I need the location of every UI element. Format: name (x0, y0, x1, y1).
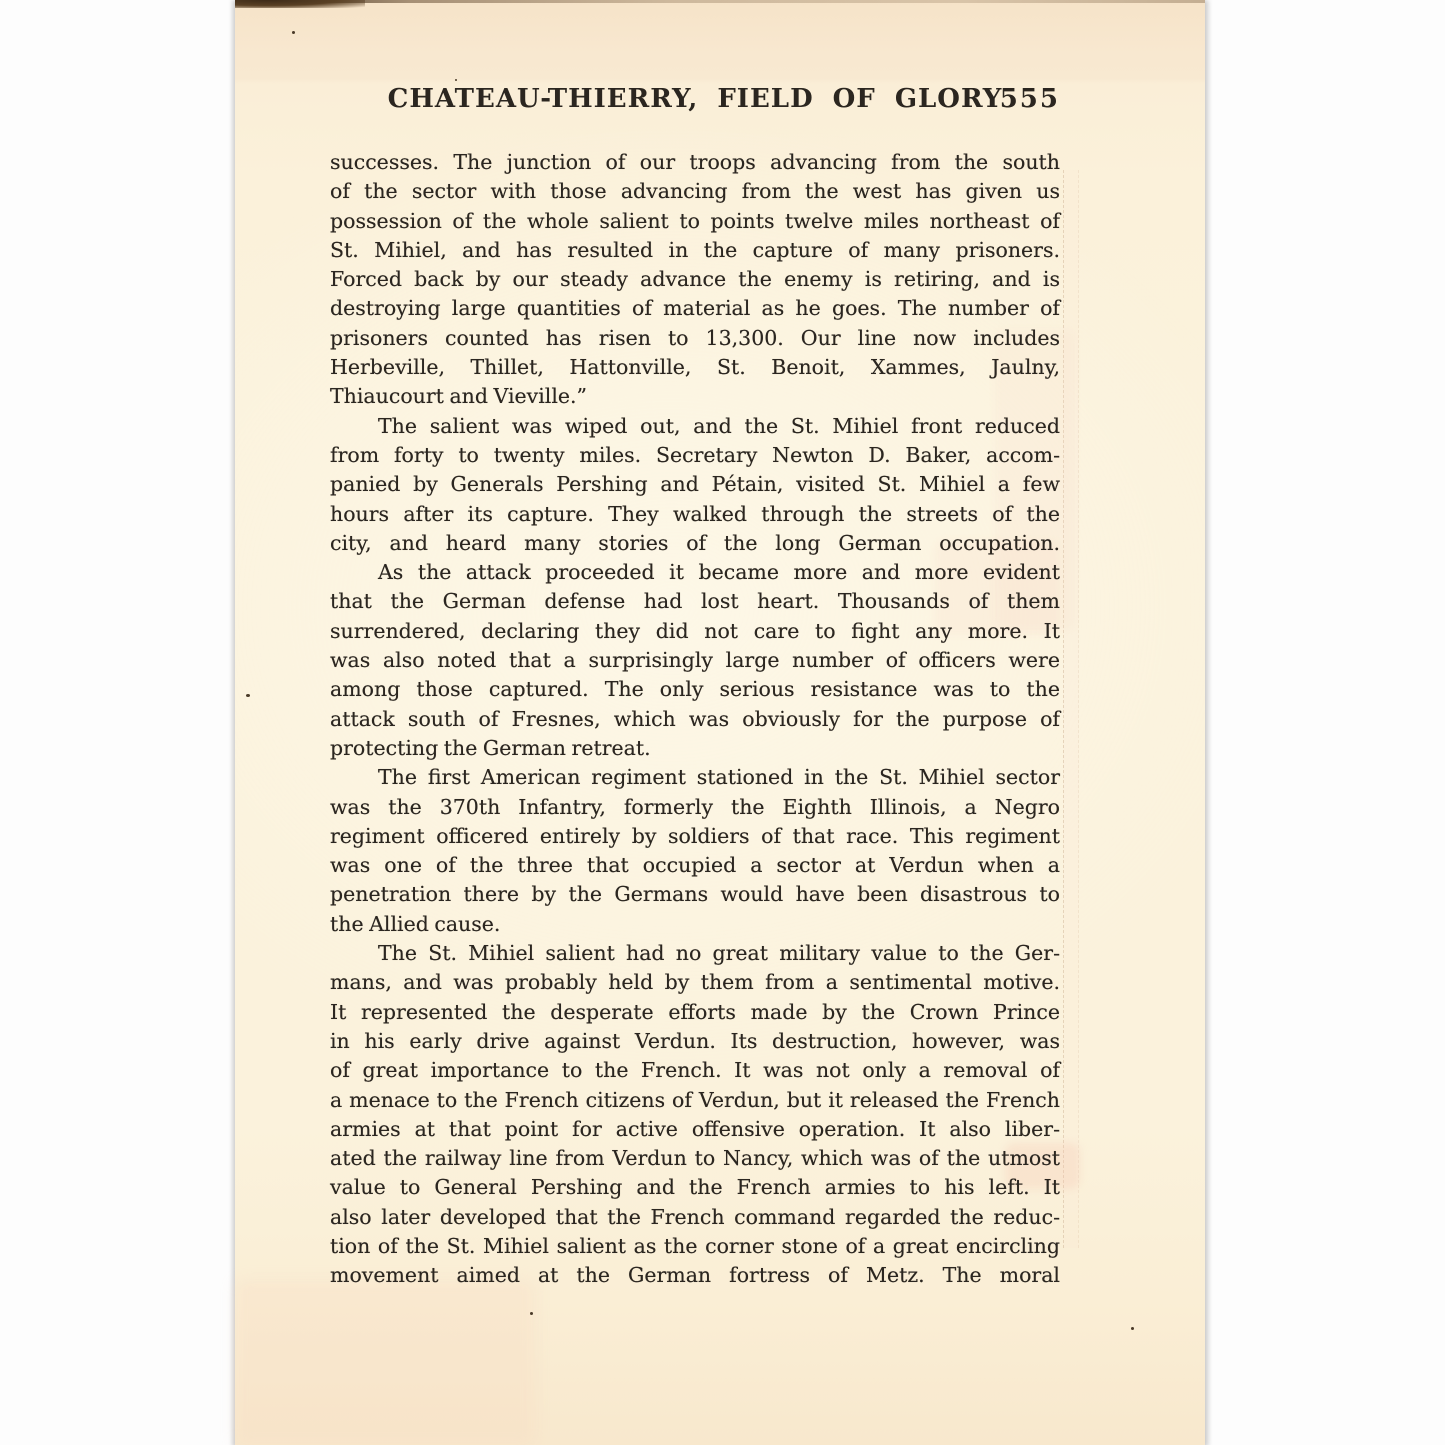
text-line: Herbeville, Thillet, Hattonville, St. Be… (330, 353, 1060, 382)
text-line: from forty to twenty miles. Secretary Ne… (330, 441, 1060, 470)
page-top-edge (235, 0, 1205, 3)
text-line: Forced back by our steady advance the en… (330, 265, 1060, 294)
text-line: was one of the three that occupied a sec… (330, 851, 1060, 880)
text-line: Thiaucourt and Vieville.” (330, 382, 1060, 411)
paper-speck (292, 31, 295, 34)
paper-speck (1131, 1327, 1134, 1330)
text-line: tion of the St. Mihiel salient as the co… (330, 1232, 1060, 1261)
text-line: destroying large quantities of material … (330, 294, 1060, 323)
text-line: was the 370th Infantry, formerly the Eig… (330, 793, 1060, 822)
text-line: panied by Generals Pershing and Pétain, … (330, 470, 1060, 499)
page-number: 555 (1000, 84, 1060, 114)
text-line: regiment officered entirely by soldiers … (330, 822, 1060, 851)
paper-discoloration (235, 1280, 535, 1445)
paper-speck (246, 694, 250, 697)
text-line: among those captured. The only serious r… (330, 675, 1060, 704)
text-line: was also noted that a surprisingly large… (330, 646, 1060, 675)
text-line: ated the railway line from Verdun to Nan… (330, 1144, 1060, 1173)
text-line: movement aimed at the German fortress of… (330, 1261, 1060, 1290)
text-line: The first American regiment stationed in… (330, 763, 1060, 792)
text-line: city, and heard many stories of the long… (330, 529, 1060, 558)
text-line: successes. The junction of our troops ad… (330, 148, 1060, 177)
text-line: St. Mihiel, and has resulted in the capt… (330, 236, 1060, 265)
page-top-edge-shadow (235, 0, 365, 8)
text-line: The salient was wiped out, and the St. M… (330, 412, 1060, 441)
text-line: in his early drive against Verdun. Its d… (330, 1027, 1060, 1056)
scanner-background: CHATEAU-THIERRY, FIELD OF GLORY 555 succ… (0, 0, 1445, 1445)
text-line: also later developed that the French com… (330, 1203, 1060, 1232)
text-line: As the attack proceeded it became more a… (330, 558, 1060, 587)
text-line: that the German defense had lost heart. … (330, 587, 1060, 616)
text-line: It represented the desperate efforts mad… (330, 998, 1060, 1027)
paper-speck (455, 79, 457, 81)
text-line: attack south of Fresnes, which was obvio… (330, 705, 1060, 734)
text-line: the Allied cause. (330, 910, 1060, 939)
text-block: successes. The junction of our troops ad… (330, 148, 1060, 1291)
text-line: armies at that point for active offensiv… (330, 1115, 1060, 1144)
text-line: of the sector with those advancing from … (330, 177, 1060, 206)
chapter-title: CHATEAU-THIERRY, FIELD OF GLORY (330, 84, 1060, 114)
book-page: CHATEAU-THIERRY, FIELD OF GLORY 555 succ… (235, 0, 1205, 1445)
text-line: hours after its capture. They walked thr… (330, 500, 1060, 529)
text-line: The St. Mihiel salient had no great mili… (330, 939, 1060, 968)
text-line: prisoners counted has risen to 13,300. O… (330, 324, 1060, 353)
text-line: value to General Pershing and the French… (330, 1173, 1060, 1202)
text-line: surrendered, declaring they did not care… (330, 617, 1060, 646)
text-line: of great importance to the French. It wa… (330, 1056, 1060, 1085)
text-line: penetration there by the Germans would h… (330, 880, 1060, 909)
text-line: mans, and was probably held by them from… (330, 968, 1060, 997)
text-line: a menace to the French citizens of Verdu… (330, 1086, 1060, 1115)
paper-speck (530, 1312, 533, 1315)
text-line: protecting the German retreat. (330, 734, 1060, 763)
text-line: possession of the whole salient to point… (330, 207, 1060, 236)
running-header: CHATEAU-THIERRY, FIELD OF GLORY 555 (330, 84, 1060, 116)
